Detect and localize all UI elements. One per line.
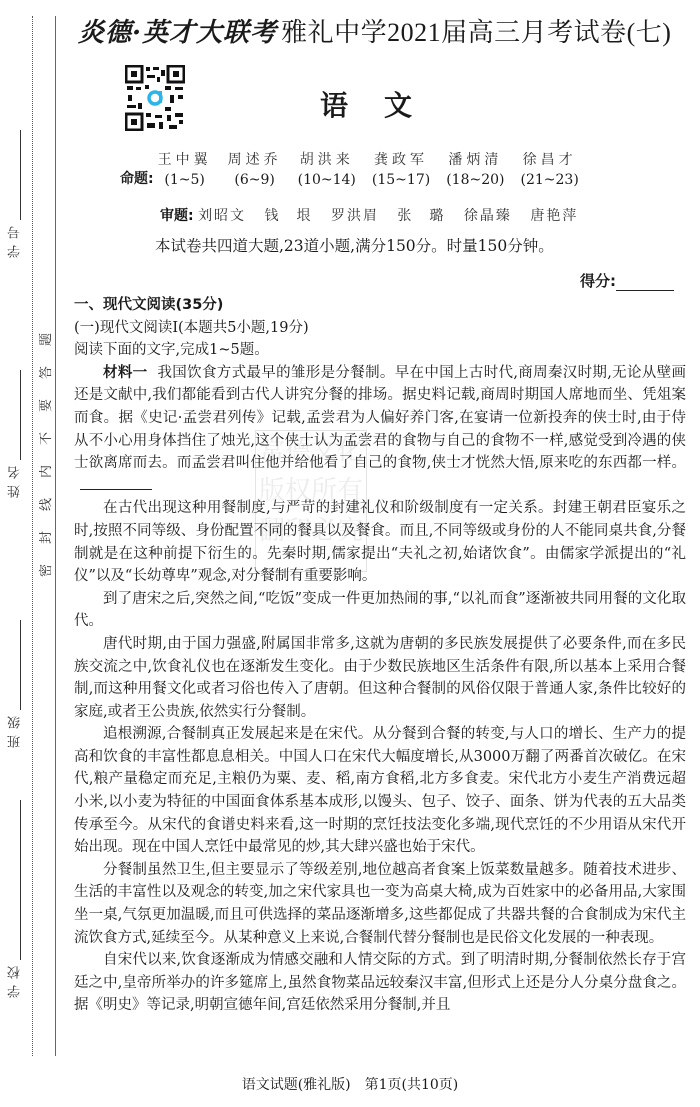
paragraph: 在古代出现这种用餐制度,与严苛的封建礼仪和阶级制度有一定关系。封建王朝君臣宴乐之… bbox=[74, 497, 686, 587]
author-range: (10~14) bbox=[298, 170, 356, 190]
warn-char: 不 bbox=[35, 432, 54, 445]
binding-strip: 学号 姓名 班级 学校 题 答 要 不 内 线 封 密 bbox=[0, 0, 58, 1060]
reviewer-name: 刘昭文 bbox=[198, 208, 246, 224]
reviewer-name: 张 璐 bbox=[397, 208, 445, 224]
author-entry: 周述乔 (6~9) bbox=[228, 150, 282, 190]
reviewers-label: 审题: bbox=[160, 208, 194, 224]
reviewers-block: 审题: 刘昭文 钱 垠 罗洪眉 张 璐 徐晶臻 唐艳萍 bbox=[160, 205, 592, 225]
qr-code-icon[interactable] bbox=[125, 65, 185, 131]
paragraph: 分餐制虽然卫生,但主要显示了等级差别,地位越高者食案上饭菜数量越多。随着技术进步… bbox=[74, 859, 686, 949]
reviewer-name: 徐晶臻 bbox=[464, 208, 512, 224]
margin-line bbox=[55, 16, 56, 1056]
section-instruction: 阅读下面的文字,完成1~5题。 bbox=[74, 339, 686, 362]
name-blank[interactable] bbox=[20, 370, 21, 460]
exam-title: 炎德·英才大联考 雅礼中学2021届高三月考试卷(七) bbox=[78, 12, 698, 52]
exam-brand: 炎德·英才大联考 bbox=[78, 12, 277, 49]
answer-blank[interactable] bbox=[80, 477, 152, 490]
author-entry: 龚政军 (15~17) bbox=[372, 150, 430, 190]
author-name: 潘炳清 bbox=[448, 150, 502, 170]
author-name: 徐昌才 bbox=[523, 150, 577, 170]
reviewer-name: 钱 垠 bbox=[265, 208, 313, 224]
paragraph: 唐代时期,由于国力强盛,附属国非常多,这就为唐朝的多民族发展提供了必要条件,而在… bbox=[74, 633, 686, 723]
school-label: 学校 bbox=[6, 960, 25, 998]
name-field[interactable]: 姓名 bbox=[2, 370, 28, 498]
exam-notice: 本试卷共四道大题,23道小题,满分150分。时量150分钟。 bbox=[155, 234, 554, 256]
paragraph: 到了唐宋之后,突然之间,“吃饭”变成一件更加热闹的事,“以礼而食”逐渐被共同用餐… bbox=[74, 588, 686, 633]
score-label: 得分: bbox=[580, 272, 616, 290]
score-field[interactable]: 得分: bbox=[580, 270, 674, 291]
section-subheading: (一)现代文阅读Ⅰ(本题共5小题,19分) bbox=[74, 317, 686, 340]
reading-section: 一、现代文阅读(35分) (一)现代文阅读Ⅰ(本题共5小题,19分) 阅读下面的… bbox=[74, 294, 686, 1017]
author-range: (6~9) bbox=[234, 170, 274, 190]
school-blank[interactable] bbox=[20, 800, 21, 960]
warn-char: 答 bbox=[35, 366, 54, 379]
name-label: 姓名 bbox=[6, 460, 25, 498]
warn-char: 密 bbox=[35, 564, 54, 577]
warn-char: 要 bbox=[35, 399, 54, 412]
score-blank[interactable] bbox=[616, 276, 674, 291]
reviewer-name: 罗洪眉 bbox=[331, 208, 379, 224]
author-range: (1~5) bbox=[164, 170, 204, 190]
warn-char: 线 bbox=[35, 498, 54, 511]
warn-char: 封 bbox=[35, 531, 54, 544]
author-range: (18~20) bbox=[446, 170, 504, 190]
seal-line-warning: 题 答 要 不 内 线 封 密 bbox=[35, 330, 55, 580]
authors-block: 命题: 王中翼 (1~5) 周述乔 (6~9) 胡洪来 (10~14) 龚政军 … bbox=[120, 150, 595, 190]
author-name: 龚政军 bbox=[374, 150, 428, 170]
paragraph-text: 我国饮食方式最早的雏形是分餐制。早在中国上古时代,商周秦汉时期,无论从壁画还是文… bbox=[74, 365, 686, 471]
material-label: 材料一 bbox=[103, 365, 147, 381]
section-heading: 一、现代文阅读(35分) bbox=[74, 294, 686, 317]
author-name: 王中翼 bbox=[158, 150, 212, 170]
author-entry: 潘炳清 (18~20) bbox=[446, 150, 504, 190]
author-range: (15~17) bbox=[372, 170, 430, 190]
subject-title: 语文 bbox=[320, 84, 448, 124]
class-label: 班级 bbox=[6, 710, 25, 748]
student-id-label: 学号 bbox=[6, 220, 25, 258]
student-id-field[interactable]: 学号 bbox=[2, 130, 28, 258]
paragraph: 追根溯源,合餐制真正发展起来是在宋代。从分餐到合餐的转变,与人口的增长、生产力的… bbox=[74, 723, 686, 859]
class-blank[interactable] bbox=[20, 620, 21, 710]
author-name: 胡洪来 bbox=[300, 150, 354, 170]
authors-label: 命题: bbox=[120, 168, 154, 188]
reviewer-name: 唐艳萍 bbox=[530, 208, 578, 224]
author-entry: 徐昌才 (21~23) bbox=[521, 150, 579, 190]
page-footer: 语文试题(雅礼版) 第1页(共10页) bbox=[0, 1074, 700, 1094]
author-entry: 王中翼 (1~5) bbox=[158, 150, 212, 190]
cut-line-dotted bbox=[32, 16, 33, 1056]
exam-name: 雅礼中学2021届高三月考试卷(七) bbox=[281, 12, 671, 49]
author-entry: 胡洪来 (10~14) bbox=[298, 150, 356, 190]
student-id-blank[interactable] bbox=[20, 130, 21, 220]
material-paragraph: 材料一我国饮食方式最早的雏形是分餐制。早在中国上古时代,商周秦汉时期,无论从壁画… bbox=[74, 362, 686, 498]
warn-char: 题 bbox=[35, 333, 54, 346]
class-field[interactable]: 班级 bbox=[2, 620, 28, 748]
school-field[interactable]: 学校 bbox=[2, 800, 28, 998]
author-range: (21~23) bbox=[521, 170, 579, 190]
paragraph: 自宋代以来,饮食逐渐成为情感交融和人情交际的方式。到了明清时期,分餐制依然长存于… bbox=[74, 949, 686, 1017]
warn-char: 内 bbox=[35, 465, 54, 478]
author-name: 周述乔 bbox=[228, 150, 282, 170]
